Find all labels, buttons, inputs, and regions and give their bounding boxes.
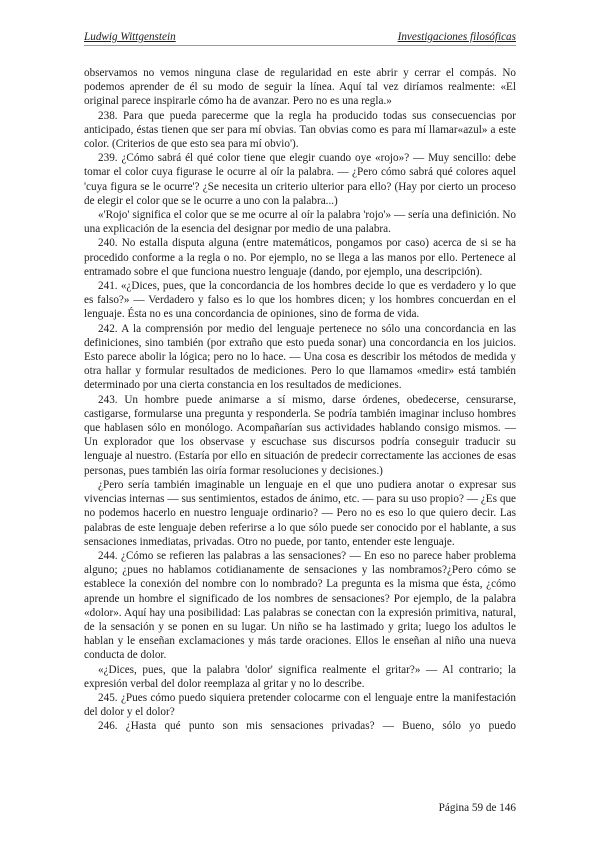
document-body: observamos no vemos ninguna clase de reg…	[84, 66, 516, 734]
paragraph: ¿Pero sería también imaginable un lengua…	[84, 478, 516, 549]
header-work-title: Investigaciones filosóficas	[398, 31, 516, 43]
paragraph: 242. A la comprensión por medio del leng…	[84, 322, 516, 393]
paragraph: 238. Para que pueda parecerme que la reg…	[84, 109, 516, 152]
document-page: Ludwig Wittgenstein Investigaciones filo…	[0, 0, 599, 848]
paragraph: 239. ¿Cómo sabrá él qué color tiene que …	[84, 151, 516, 208]
page-footer: Página 59 de 146	[439, 802, 516, 814]
paragraph: observamos no vemos ninguna clase de reg…	[84, 66, 516, 109]
paragraph: «'Rojo' significa el color que se me ocu…	[84, 208, 516, 236]
header-author: Ludwig Wittgenstein	[84, 31, 176, 43]
page-number-label: Página 59 de 146	[439, 802, 516, 814]
paragraph: 243. Un hombre puede animarse a sí mismo…	[84, 393, 516, 478]
paragraph: «¿Dices, pues, que la palabra 'dolor' si…	[84, 663, 516, 691]
paragraph: 240. No estalla disputa alguna (entre ma…	[84, 236, 516, 279]
paragraph: 246. ¿Hasta qué punto son mis sensacione…	[84, 719, 516, 733]
paragraph: 245. ¿Pues cómo puedo siquiera pretender…	[84, 691, 516, 719]
paragraph: 244. ¿Cómo se refieren las palabras a la…	[84, 549, 516, 663]
page-header: Ludwig Wittgenstein Investigaciones filo…	[84, 31, 516, 46]
paragraph: 241. «¿Dices, pues, que la concordancia …	[84, 279, 516, 322]
